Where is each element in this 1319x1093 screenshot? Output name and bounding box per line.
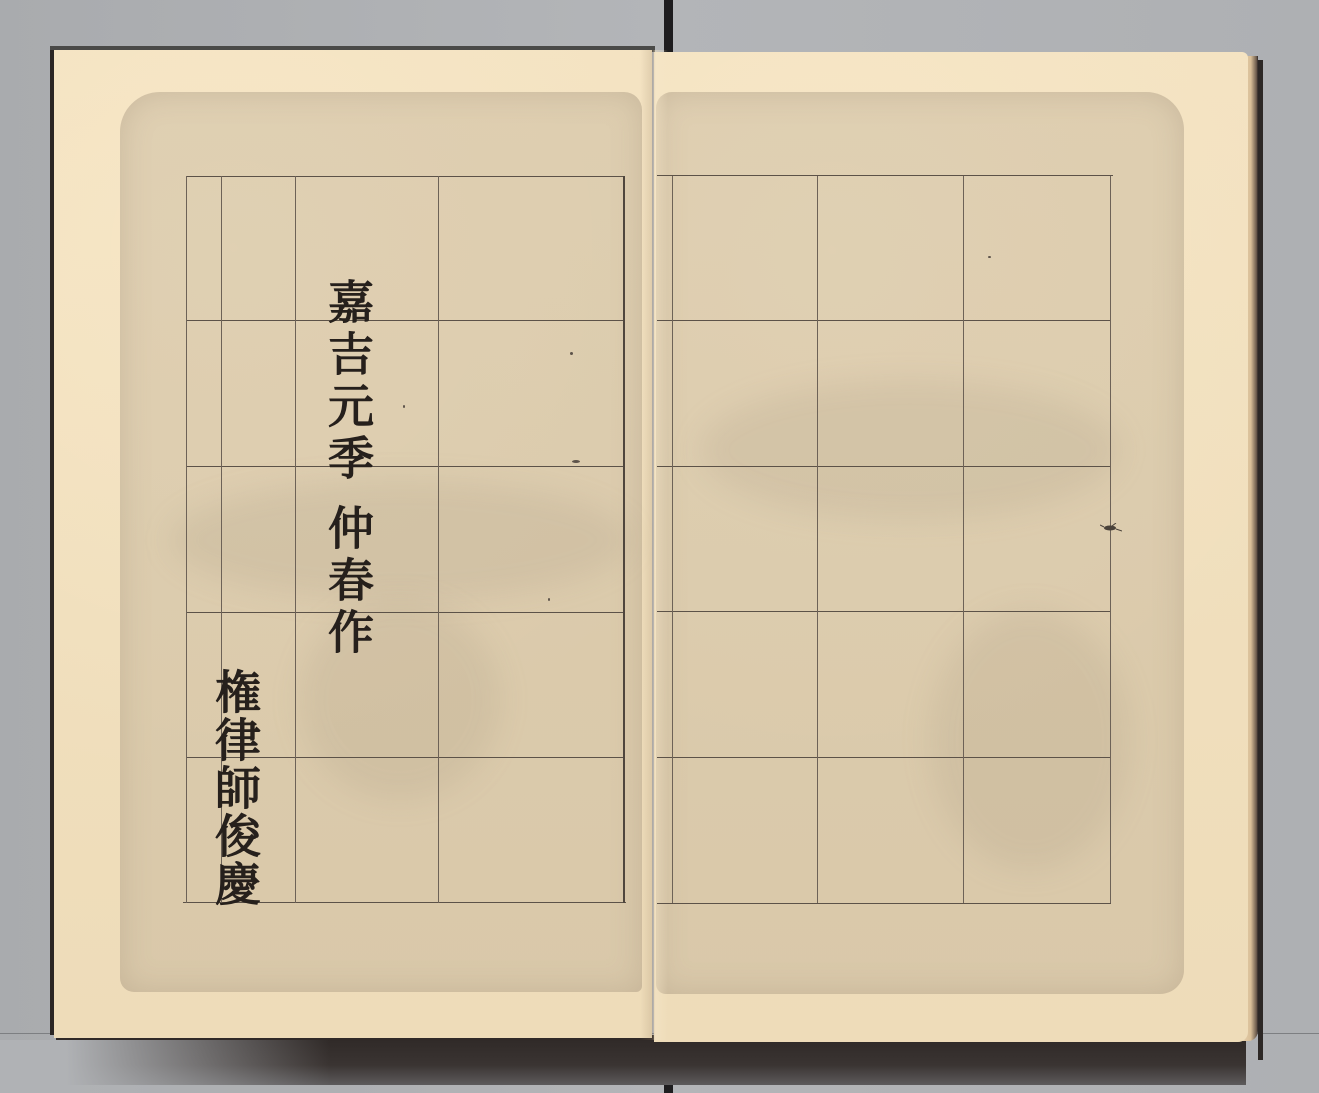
grid-rule (623, 176, 625, 903)
ink-speck (988, 256, 991, 258)
grid-rule (1110, 176, 1111, 903)
ink-speck (570, 352, 573, 355)
grid-rule (186, 176, 625, 177)
grid-rule (186, 176, 187, 903)
ink-speck (548, 598, 550, 601)
colophon-date-season: 仲春作 (321, 504, 375, 660)
water-stain (930, 610, 1130, 870)
water-stain (170, 480, 630, 600)
cover-shadow-fade (0, 1040, 330, 1093)
insect-speck-icon (1100, 523, 1122, 533)
grid-rule (295, 176, 296, 903)
grid-rule (672, 176, 673, 903)
ink-speck (572, 460, 580, 463)
grid-rule (657, 175, 1113, 176)
book-cover-right-edge (1258, 60, 1263, 1060)
grid-rule (657, 903, 1111, 904)
grid-rule (963, 176, 964, 903)
right-leaf-stain (656, 92, 1184, 994)
grid-rule (817, 176, 818, 903)
grid-rule (657, 757, 1111, 758)
grid-rule (438, 176, 439, 903)
grid-rule (186, 466, 625, 467)
colophon-signature: 権律師俊慶 (212, 668, 258, 908)
water-stain (700, 380, 1120, 520)
grid-rule (657, 466, 1111, 467)
spine-strip-top (664, 0, 673, 52)
colophon-date: 嘉吉元季仲春作 (325, 278, 371, 660)
grid-rule (657, 320, 1111, 321)
ink-speck (403, 405, 405, 408)
book-gutter (640, 50, 668, 1040)
colophon-date-era: 嘉吉元季 (321, 278, 375, 486)
grid-rule (186, 612, 625, 613)
grid-rule (657, 611, 1111, 612)
grid-rule (186, 320, 625, 321)
